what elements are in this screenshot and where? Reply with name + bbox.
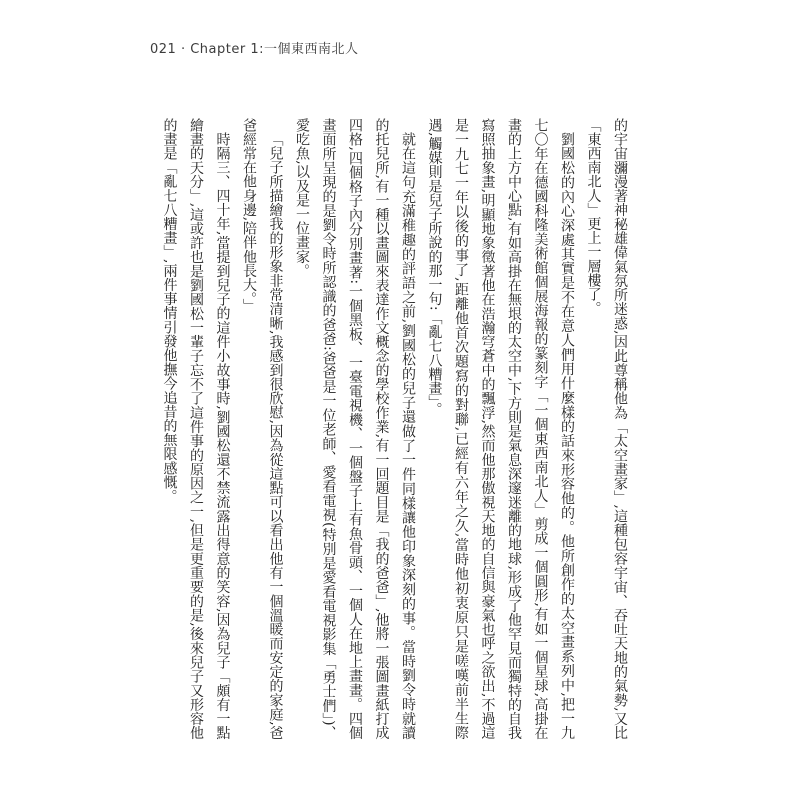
paragraph: 時隔三、四十年,當提到兒子的這件小故事時,劉國松還不禁流露出得意的笑容,因為兒子… bbox=[156, 118, 236, 740]
paragraph: 的宇宙瀰漫著神秘雄偉氣氛所迷惑,因此尊稱他為「太空畫家」,這種包容宇宙、吞吐天地… bbox=[580, 118, 633, 740]
body-text: 的宇宙瀰漫著神秘雄偉氣氛所迷惑,因此尊稱他為「太空畫家」,這種包容宇宙、吞吐天地… bbox=[152, 118, 633, 740]
book-page: 021 ‧ Chapter 1:一個東西南北人 的宇宙瀰漫著神秘雄偉氣氛所迷惑,… bbox=[0, 0, 800, 800]
paragraph: 就在這句充滿稚趣的評語之前,劉國松的兒子還做了一件同樣讓他印象深刻的事。當時劉令… bbox=[289, 118, 422, 740]
paragraph: 「兒子所描繪我的形象非常清晰,我感到很欣慰,因為從這點可以看出他有一個溫暖而安定… bbox=[236, 118, 289, 740]
page-header: 021 ‧ Chapter 1:一個東西南北人 bbox=[150, 38, 358, 57]
paragraph: 劉國松的內心深處其實是不在意人們用什麼樣的話來形容他的。他所創作的太空畫系列中,… bbox=[421, 118, 580, 740]
